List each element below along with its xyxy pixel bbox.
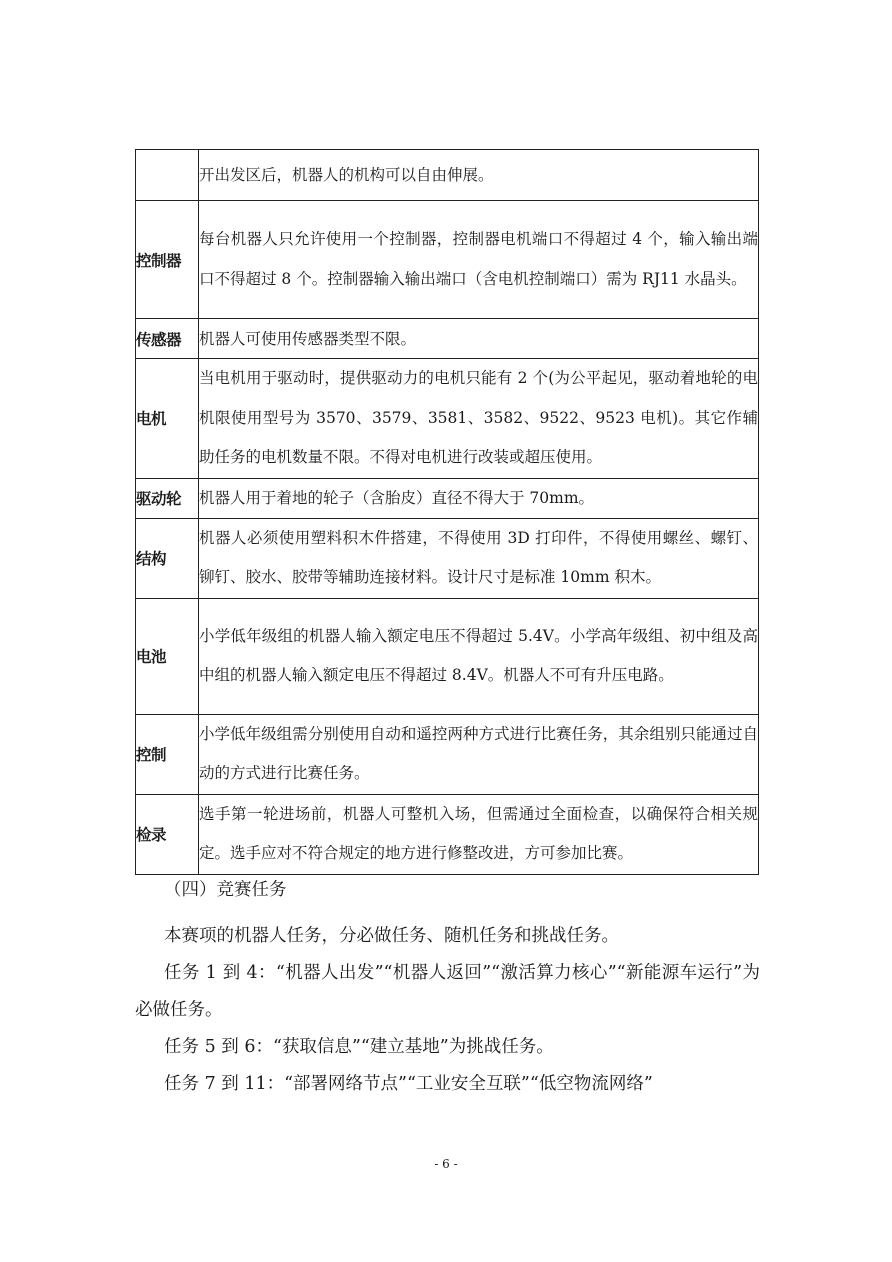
row-label: 控制 [136, 714, 199, 794]
table-row: 电机 当电机用于驱动时，提供驱动力的电机只能有 2 个(为公平起见，驱动着地轮的… [136, 359, 759, 479]
table-row: 控制 小学低年级组需分别使用自动和遥控两种方式进行比赛任务，其余组别只能通过自动… [136, 714, 759, 794]
table-row: 控制器 每台机器人只允许使用一个控制器，控制器电机端口不得超过 4 个，输入输出… [136, 201, 759, 319]
paragraph: 任务 5 到 6：“获取信息”“建立基地”为挑战任务。 [135, 1029, 760, 1066]
row-content: 开出发区后，机器人的机构可以自由伸展。 [199, 150, 759, 201]
table-row: 传感器 机器人可使用传感器类型不限。 [136, 319, 759, 359]
row-content: 小学低年级组的机器人输入额定电压不得超过 5.4V。小学高年级组、初中组及高中组… [199, 598, 759, 714]
table-row: 结构 机器人必须使用塑料积木件搭建，不得使用 3D 打印件，不得使用螺丝、螺钉、… [136, 518, 759, 598]
row-label: 检录 [136, 794, 199, 874]
row-label: 结构 [136, 518, 199, 598]
paragraph: 任务 7 到 11：“部署网络节点”“工业安全互联”“低空物流网络” [135, 1066, 760, 1103]
table-row: 驱动轮 机器人用于着地的轮子（含胎皮）直径不得大于 70mm。 [136, 478, 759, 518]
table-row: 电池 小学低年级组的机器人输入额定电压不得超过 5.4V。小学高年级组、初中组及… [136, 598, 759, 714]
row-label: 电池 [136, 598, 199, 714]
table-row: 检录 选手第一轮进场前，机器人可整机入场，但需通过全面检查，以确保符合相关规定。… [136, 794, 759, 874]
row-content: 机器人必须使用塑料积木件搭建，不得使用 3D 打印件，不得使用螺丝、螺钉、铆钉、… [199, 518, 759, 598]
section-heading: （四）竞赛任务 [164, 876, 287, 901]
paragraph: 本赛项的机器人任务，分必做任务、随机任务和挑战任务。 [135, 918, 760, 955]
row-label: 电机 [136, 359, 199, 479]
row-label: 传感器 [136, 319, 199, 359]
robot-spec-table: 开出发区后，机器人的机构可以自由伸展。 控制器 每台机器人只允许使用一个控制器，… [135, 149, 759, 875]
row-label: 驱动轮 [136, 478, 199, 518]
table-row: 开出发区后，机器人的机构可以自由伸展。 [136, 150, 759, 201]
row-label: 控制器 [136, 201, 199, 319]
row-content: 每台机器人只允许使用一个控制器，控制器电机端口不得超过 4 个，输入输出端口不得… [199, 201, 759, 319]
row-content: 选手第一轮进场前，机器人可整机入场，但需通过全面检查，以确保符合相关规定。选手应… [199, 794, 759, 874]
row-content: 小学低年级组需分别使用自动和遥控两种方式进行比赛任务，其余组别只能通过自动的方式… [199, 714, 759, 794]
row-content: 机器人可使用传感器类型不限。 [199, 319, 759, 359]
page-number: - 6 - [0, 1157, 892, 1171]
row-label [136, 150, 199, 201]
row-content: 当电机用于驱动时，提供驱动力的电机只能有 2 个(为公平起见，驱动着地轮的电机限… [199, 359, 759, 479]
document-page: 开出发区后，机器人的机构可以自由伸展。 控制器 每台机器人只允许使用一个控制器，… [0, 0, 892, 1262]
paragraph: 任务 1 到 4：“机器人出发”“机器人返回”“激活算力核心”“新能源车运行”为… [135, 955, 760, 1029]
row-content: 机器人用于着地的轮子（含胎皮）直径不得大于 70mm。 [199, 478, 759, 518]
